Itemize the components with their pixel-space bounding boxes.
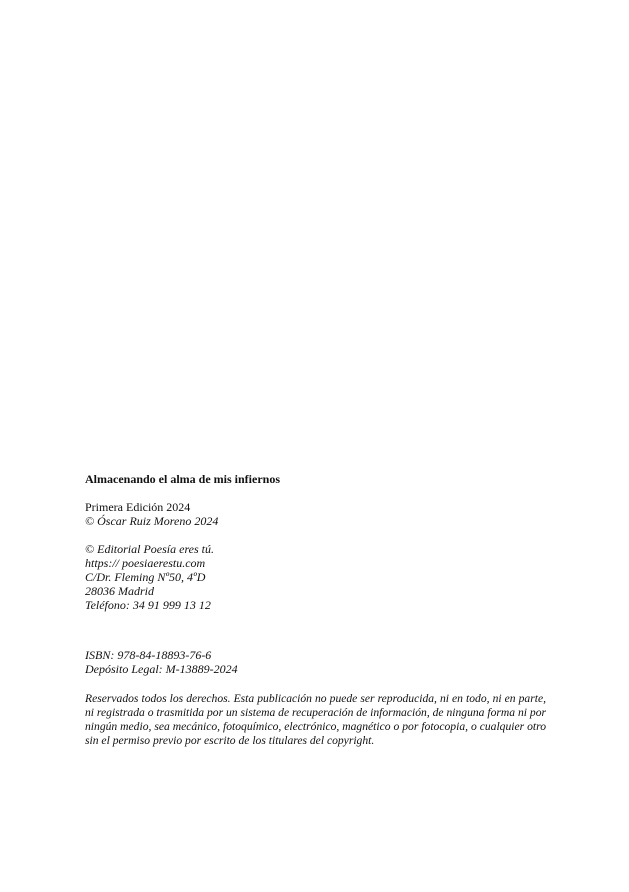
author-copyright: © Óscar Ruiz Moreno 2024 [85, 514, 546, 528]
spacer [85, 528, 546, 542]
publisher-copyright: © Editorial Poesía eres tú. [85, 542, 546, 556]
copyright-page: Almacenando el alma de mis infiernos Pri… [0, 0, 629, 892]
publisher-address-street: C/Dr. Fleming Nº50, 4ºD [85, 570, 546, 584]
colophon: Almacenando el alma de mis infiernos Pri… [85, 472, 546, 748]
publisher-address-city: 28036 Madrid [85, 584, 546, 598]
legal-deposit: Depósito Legal: M-13889-2024 [85, 662, 546, 676]
edition-block: Primera Edición 2024 © Óscar Ruiz Moreno… [85, 500, 546, 528]
publisher-block: © Editorial Poesía eres tú. https:// poe… [85, 542, 546, 612]
isbn: ISBN: 978-84-18893-76-6 [85, 648, 546, 662]
edition-text: Primera Edición 2024 [85, 500, 546, 514]
spacer [85, 676, 546, 692]
spacer [85, 612, 546, 648]
publisher-phone: Teléfono: 34 91 999 13 12 [85, 598, 546, 612]
registration-block: ISBN: 978-84-18893-76-6 Depósito Legal: … [85, 648, 546, 676]
rights-notice: Reservados todos los derechos. Esta publ… [85, 692, 546, 748]
publisher-website: https:// poesiaerestu.com [85, 556, 546, 570]
book-title: Almacenando el alma de mis infiernos [85, 472, 546, 486]
